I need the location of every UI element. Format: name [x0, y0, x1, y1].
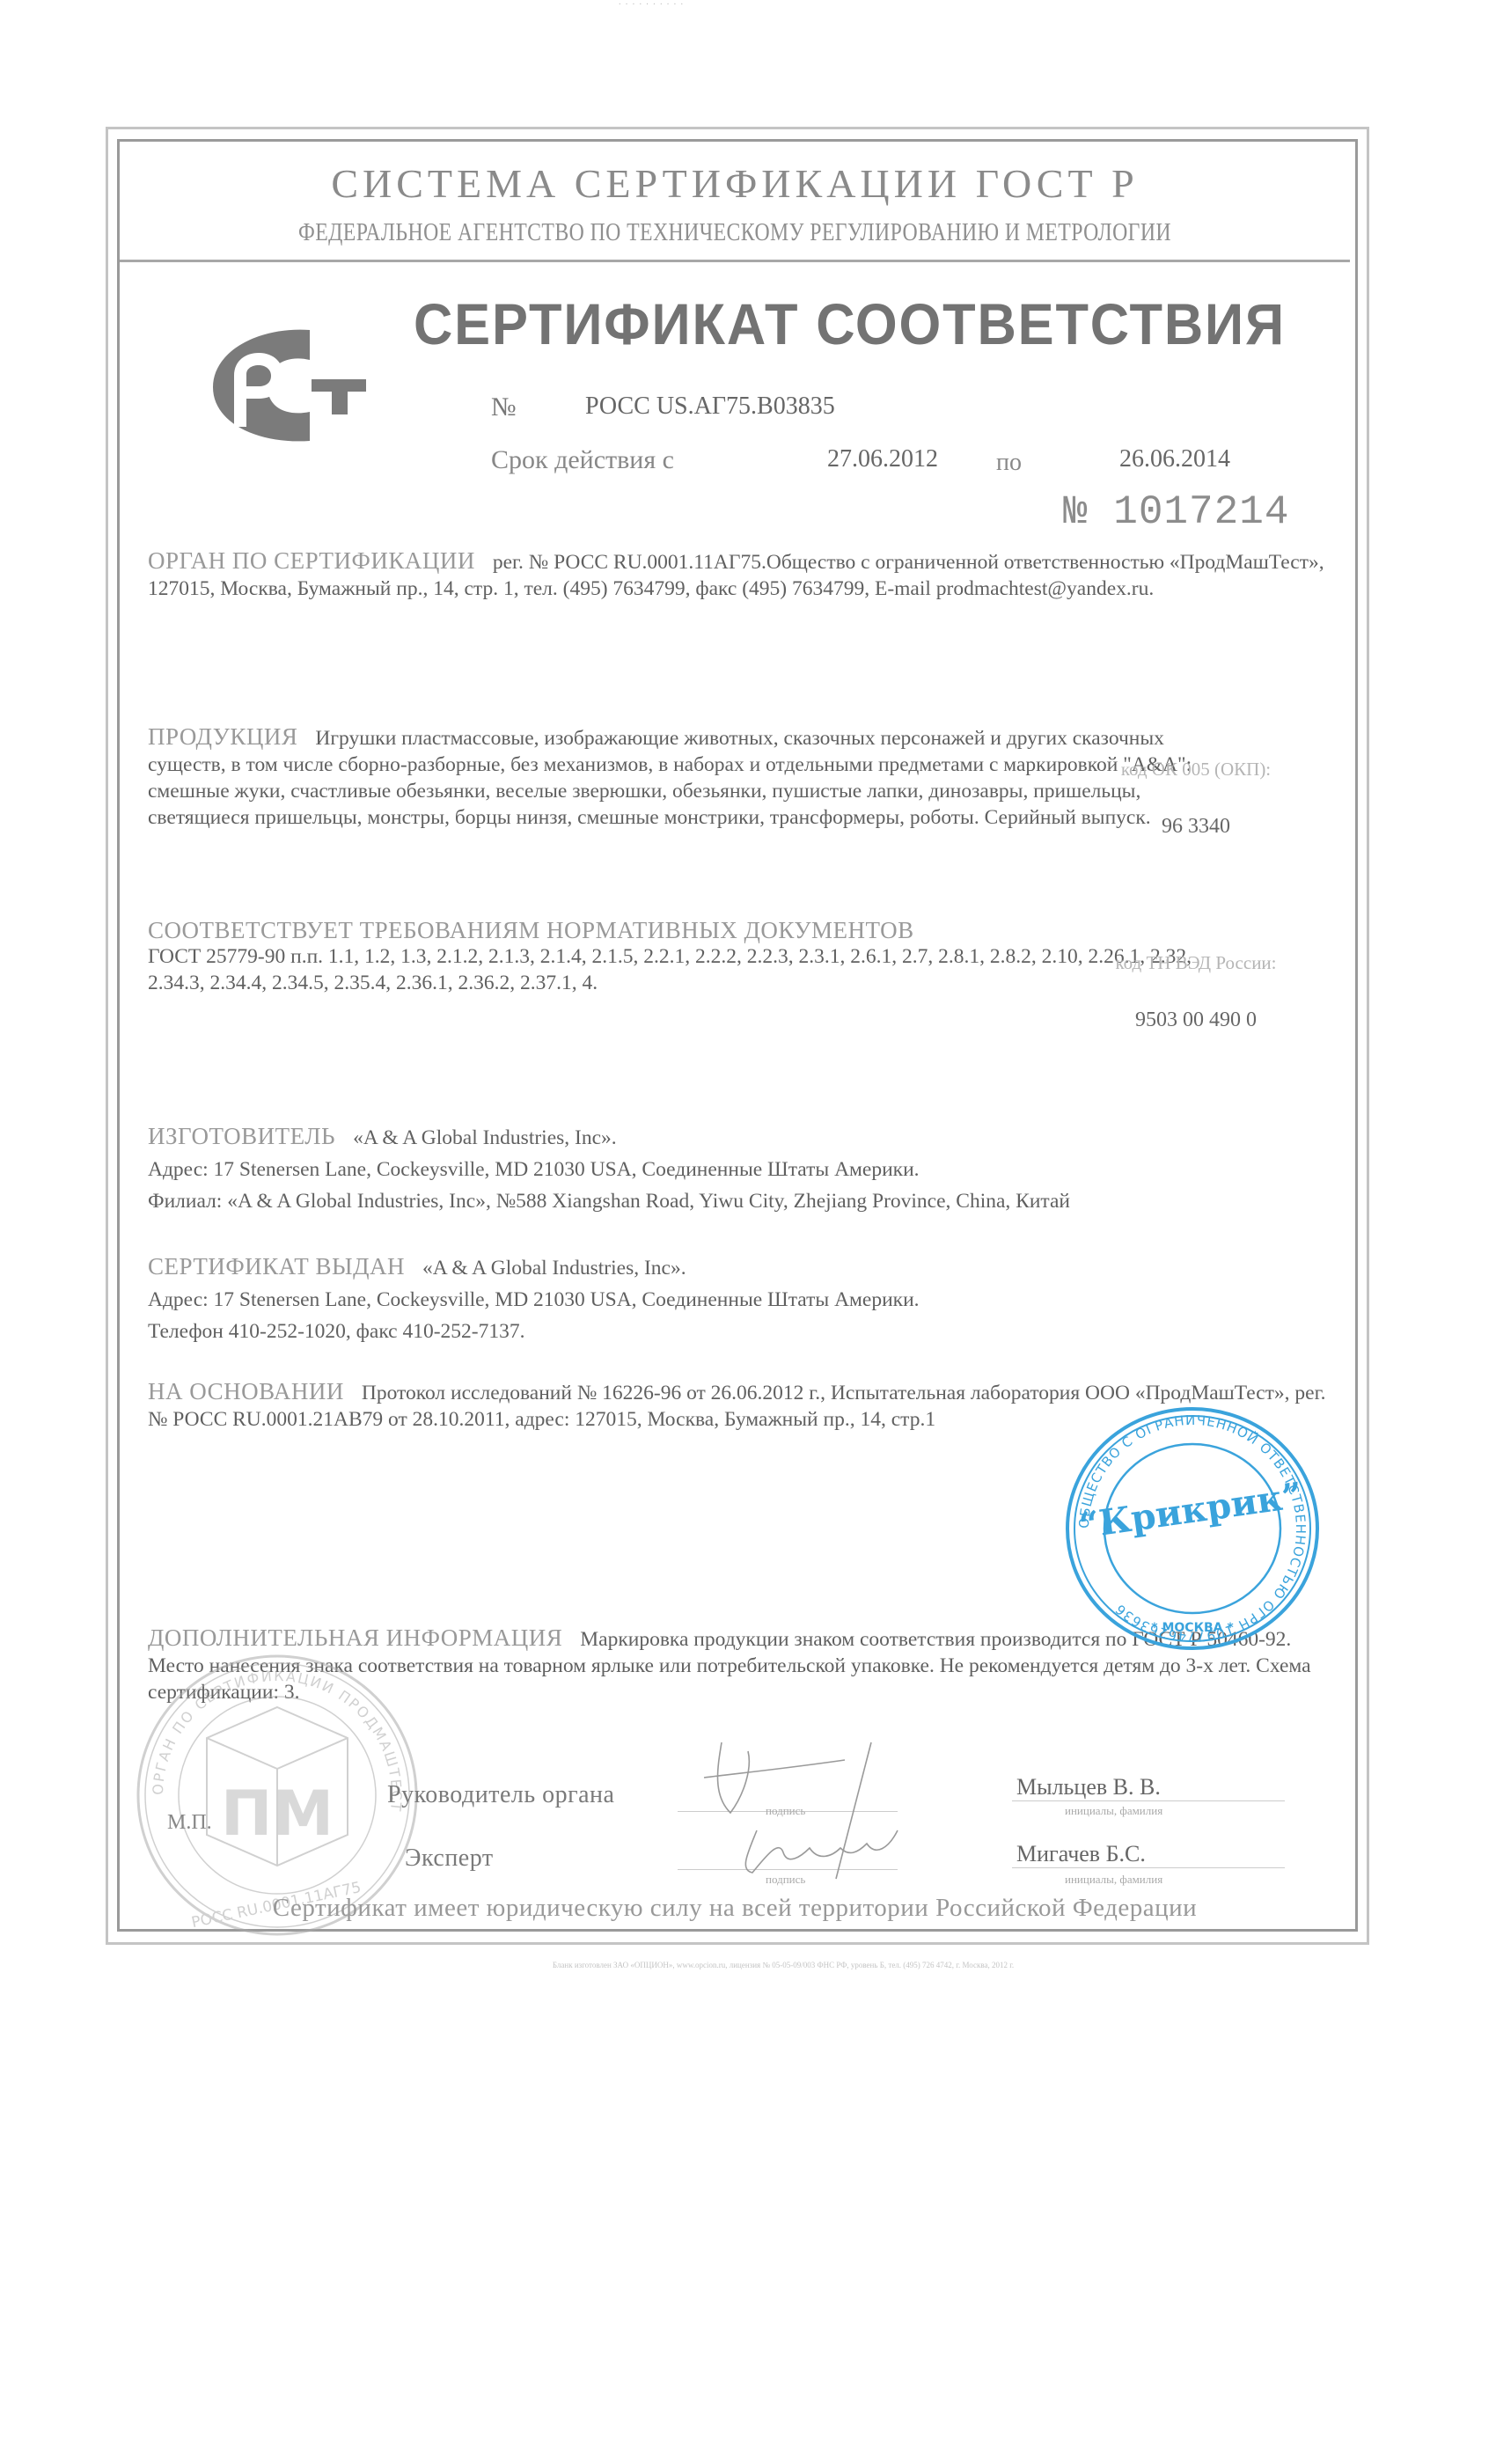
issued-to-address: Адрес: 17 Stenersen Lane, Cockeysville, …	[148, 1287, 1353, 1313]
okp-code-label: код ОК 005 (ОКП):	[1095, 759, 1297, 781]
validity-label: Срок действия с	[491, 445, 674, 475]
tnved-code-label: код ТН ВЭД России:	[1095, 952, 1297, 974]
compliance-heading: СООТВЕТСТВУЕТ ТРЕБОВАНИЯМ НОРМАТИВНЫХ ДО…	[148, 917, 1213, 943]
seal-company-name: “Крикрик”	[1076, 1475, 1305, 1547]
product-section: ПРОДУКЦИЯИгрушки пластмассовые, изобража…	[148, 723, 1213, 831]
expert-signatory-label: Эксперт	[405, 1844, 494, 1873]
seal-place-label: М.П.	[167, 1811, 212, 1835]
expert-name-caption: инициалы, фамилия	[1065, 1873, 1162, 1887]
issued-to-heading: СЕРТИФИКАТ ВЫДАН	[148, 1253, 405, 1280]
compliance-section: СООТВЕТСТВУЕТ ТРЕБОВАНИЯМ НОРМАТИВНЫХ ДО…	[148, 917, 1213, 996]
head-name-line	[1012, 1800, 1285, 1801]
compliance-text: ГОСТ 25779-90 п.п. 1.1, 1.2, 1.3, 2.1.2,…	[148, 943, 1213, 996]
blank-serial-number: № 1017214	[1063, 489, 1289, 535]
certification-body-section: ОРГАН ПО СЕРТИФИКАЦИИрег. № РОСС RU.0001…	[148, 547, 1353, 602]
manufacturer-branch: Филиал: «A & A Global Industries, Inc», …	[148, 1188, 1353, 1214]
system-title: СИСТЕМА СЕРТИФИКАЦИИ ГОСТ Р	[120, 160, 1350, 207]
tnved-code-value: 9503 00 490 0	[1095, 1008, 1297, 1032]
handwritten-signatures	[669, 1725, 950, 1883]
issued-to-name: «A & A Global Industries, Inc».	[422, 1257, 686, 1280]
scan-artifact: · · · · · · · · · ·	[493, 0, 810, 12]
issued-to-phone: Телефон 410-252-1020, факс 410-252-7137.	[148, 1318, 1353, 1345]
head-signatory-label: Руководитель органа	[387, 1781, 614, 1809]
certificate-title: СЕРТИФИКАТ СООТВЕТСТВИЯ	[414, 290, 1286, 357]
valid-to-label: по	[996, 449, 1022, 477]
expert-signatory-name: Мигачев Б.С.	[1016, 1841, 1146, 1867]
rst-mark-icon	[204, 321, 380, 449]
header-divider	[120, 260, 1350, 262]
product-heading: ПРОДУКЦИЯ	[148, 723, 297, 750]
issued-to-section: СЕРТИФИКАТ ВЫДАН«A & A Global Industries…	[148, 1253, 1353, 1345]
product-text: Игрушки пластмассовые, изображающие живо…	[148, 727, 1192, 829]
certification-body-heading: ОРГАН ПО СЕРТИФИКАЦИИ	[148, 547, 475, 574]
manufacturer-address: Адрес: 17 Stenersen Lane, Cockeysville, …	[148, 1156, 1353, 1183]
form-print-info: Бланк изготовлен ЗАО «ОПЦИОН», www.opcio…	[449, 1961, 1118, 1969]
head-name-caption: инициалы, фамилия	[1065, 1804, 1162, 1818]
gray-seal-emblem: ПМ	[221, 1778, 334, 1850]
valid-from-date: 27.06.2012	[827, 445, 938, 473]
manufacturer-section: ИЗГОТОВИТЕЛЬ«A & A Global Industries, In…	[148, 1123, 1353, 1214]
manufacturer-name: «A & A Global Industries, Inc».	[353, 1126, 617, 1149]
okp-code-value: 96 3340	[1095, 815, 1297, 839]
head-signatory-name: Мыльцев В. В.	[1016, 1774, 1161, 1800]
manufacturer-heading: ИЗГОТОВИТЕЛЬ	[148, 1123, 335, 1149]
legal-validity-statement: Сертификат имеет юридическую силу на все…	[120, 1894, 1350, 1923]
valid-to-date: 26.06.2014	[1119, 445, 1230, 473]
company-seal-stamp: ОБЩЕСТВО С ОГРАНИЧЕННОЙ ОТВЕТСТВЕННОСТЬЮ…	[1052, 1401, 1333, 1656]
seal-city: * МОСКВА *	[1151, 1621, 1234, 1635]
certificate-number: РОСС US.АГ75.В03835	[585, 392, 835, 421]
basis-heading: НА ОСНОВАНИИ	[148, 1378, 344, 1404]
certificate-number-label: №	[491, 392, 517, 422]
expert-name-line	[1012, 1867, 1285, 1868]
agency-name: ФЕДЕРАЛЬНОЕ АГЕНТСТВО ПО ТЕХНИЧЕСКОМУ РЕ…	[233, 218, 1236, 247]
